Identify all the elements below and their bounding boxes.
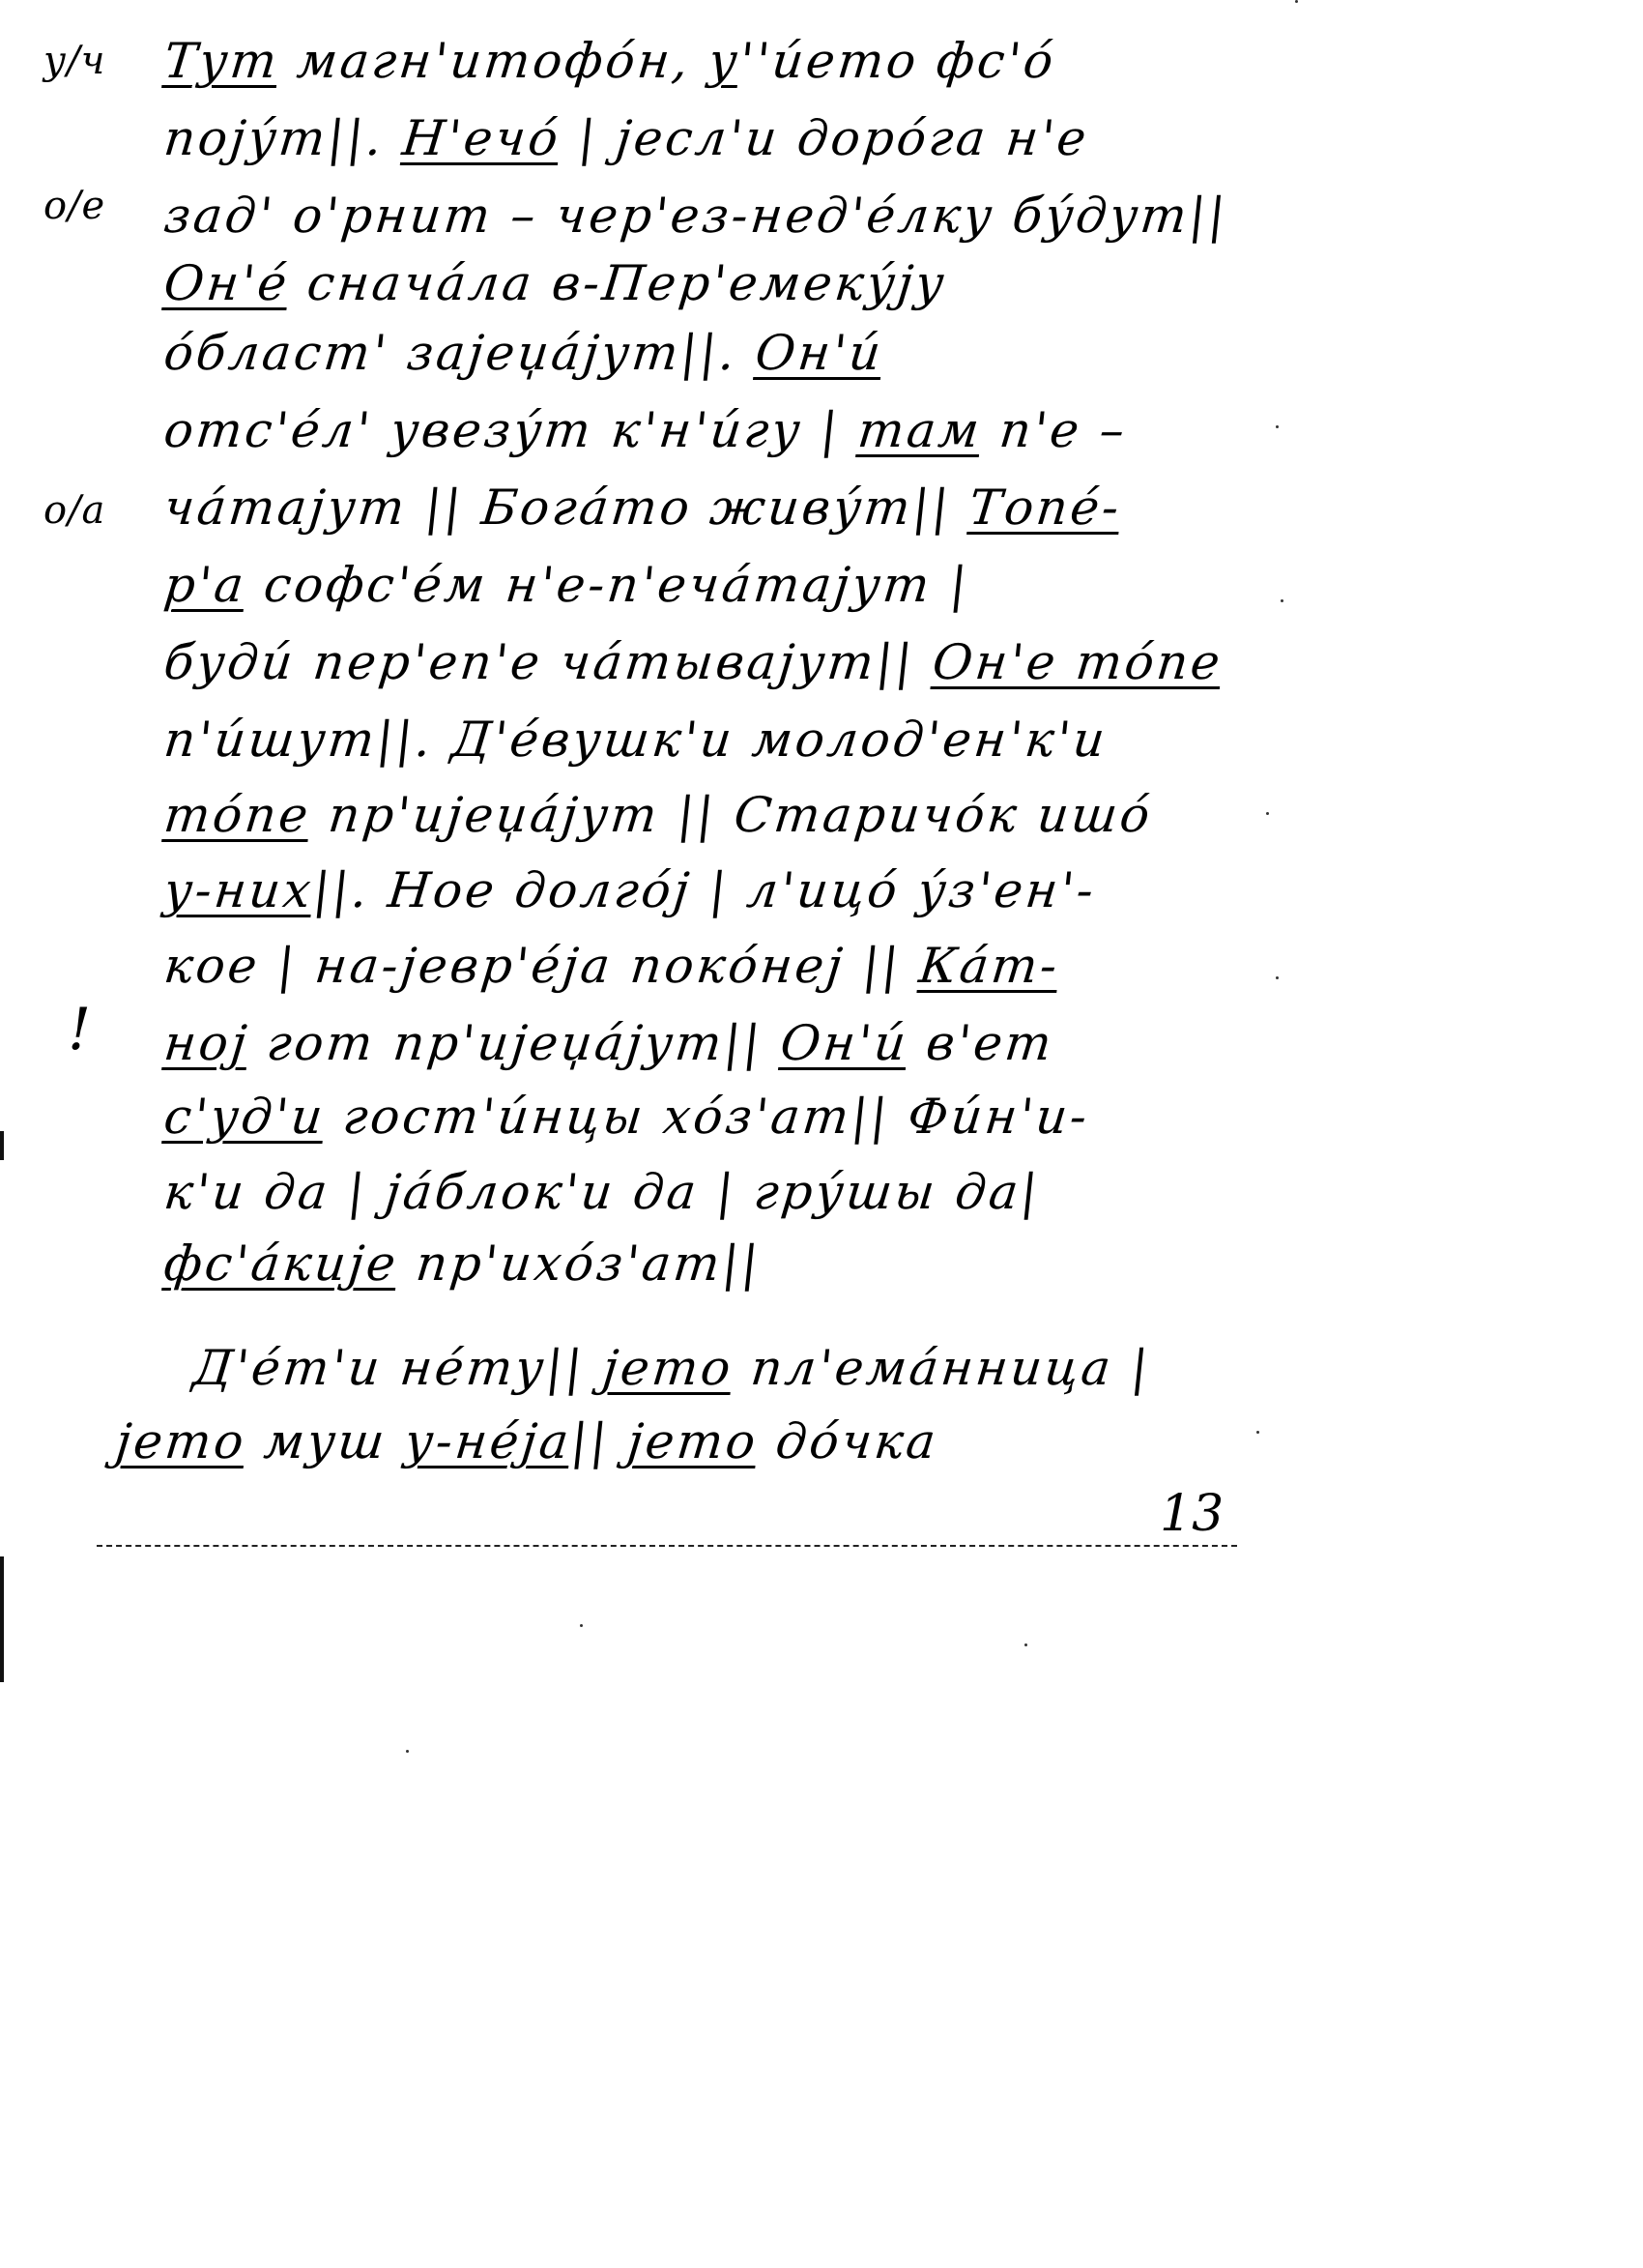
text-line-16: к'и да | jа́блок'и да | гру́шы да| bbox=[161, 1168, 1042, 1216]
underlined-word: jето bbox=[625, 1413, 762, 1469]
text-segment: зад' o'рнит – чер'ез-нед'е́лку бу́дут|| bbox=[161, 188, 1230, 244]
underlined-word: у-не́ја bbox=[402, 1413, 574, 1469]
text-segment: пoју́т||. bbox=[161, 110, 406, 166]
text-segment: гот пр'ијеџа́јут|| bbox=[245, 1015, 783, 1071]
text-segment: ''и́ето фс'о́ bbox=[737, 33, 1059, 89]
page-number: 13 bbox=[1160, 1485, 1224, 1543]
margin-note: о/а bbox=[43, 488, 105, 533]
underlined-word: у-них bbox=[161, 862, 316, 918]
text-segment: Д'е́т'и не́ту|| bbox=[190, 1340, 606, 1396]
text-line-18: Д'е́т'и не́ту|| jето пл'ема́нница | bbox=[190, 1344, 1153, 1392]
text-segment: буди́ пер'еп'е ча́тывајут|| bbox=[161, 634, 936, 690]
scan-speck bbox=[1266, 812, 1269, 815]
text-line-6: отс'е́л' увезу́т к'н'и́гу | там п'е – bbox=[161, 406, 1129, 454]
text-segment: софс'е́м н'е-п'еча́тајут | bbox=[244, 557, 972, 613]
text-segment: снача́ла в-Пер'емеку́jу bbox=[286, 255, 949, 311]
scan-speck bbox=[1276, 976, 1279, 979]
underlined-word: jето bbox=[600, 1340, 736, 1396]
scan-speck bbox=[1024, 1643, 1027, 1646]
text-segment: || bbox=[568, 1413, 631, 1469]
text-line-11: то́пе пр'ијеџа́јут || Старичо́к ишо́ bbox=[161, 791, 1154, 839]
text-segment: ||. Ное долго́j | л'ицо́ у́з'ен'- bbox=[310, 862, 1099, 918]
manuscript-page: у/ч о/е о/а ! Тут магн'итофо́н, у''и́ето… bbox=[0, 0, 1643, 2268]
text-segment: до́чка bbox=[755, 1413, 941, 1469]
scan-edge-mark bbox=[0, 1556, 4, 1682]
margin-exclamation: ! bbox=[68, 996, 91, 1063]
text-segment: пр'ихо́з'ат|| bbox=[395, 1236, 764, 1292]
text-segment: муш bbox=[244, 1413, 409, 1469]
text-segment: п'е – bbox=[979, 402, 1130, 458]
text-line-2: пoју́т||. Н'ечо́ | jесл'и доро́га н'е bbox=[161, 114, 1091, 162]
underlined-word: jето bbox=[113, 1413, 249, 1469]
underlined-word: Он'и́ bbox=[778, 1015, 911, 1071]
text-line-19: jето муш у-не́ја|| jето до́чка bbox=[113, 1417, 940, 1466]
margin-note: о/е bbox=[43, 184, 105, 228]
scan-speck bbox=[1256, 1431, 1259, 1434]
underlined-word: Он'и́ bbox=[753, 325, 886, 381]
text-segment: магн'итофо́н, bbox=[276, 33, 712, 89]
text-line-14: ној гот пр'ијеџа́јут|| Он'и́ в'ет bbox=[161, 1019, 1056, 1067]
underlined-word: Ка́т- bbox=[916, 938, 1062, 994]
underlined-word: фс'а́кије bbox=[161, 1236, 401, 1292]
underlined-word: Он'е то́пе bbox=[930, 634, 1225, 690]
text-segment: ча́тајут || Бога́то живу́т|| bbox=[161, 480, 972, 536]
text-segment: кое | на-jевр'е́ја поко́неј || bbox=[161, 938, 922, 994]
underlined-word: Он'е́ bbox=[161, 255, 292, 311]
scan-speck bbox=[1295, 0, 1298, 3]
text-segment: отс'е́л' увезу́т к'н'и́гу | bbox=[161, 402, 861, 458]
underlined-word: р'а bbox=[161, 557, 249, 613]
text-line-13: кое | на-jевр'е́ја поко́неј || Ка́т- bbox=[161, 942, 1061, 990]
text-line-1: Тут магн'итофо́н, у''и́ето фс'о́ bbox=[161, 37, 1058, 85]
scan-speck bbox=[1281, 599, 1283, 602]
text-line-8: р'а софс'е́м н'е-п'еча́тајут | bbox=[161, 561, 971, 609]
underlined-word: там bbox=[855, 402, 985, 458]
text-segment: к'и да | jа́блок'и да | гру́шы да| bbox=[161, 1164, 1043, 1220]
scan-speck bbox=[1276, 425, 1279, 428]
margin-note: у/ч bbox=[43, 39, 106, 83]
text-segment: гост'и́нцы хо́з'ат|| Фи́н'и- bbox=[322, 1089, 1092, 1145]
underlined-word: Тут bbox=[161, 33, 282, 89]
scan-speck bbox=[580, 1624, 583, 1627]
text-segment: в'ет bbox=[906, 1015, 1057, 1071]
text-line-9: буди́ пер'еп'е ча́тывајут|| Он'е то́пе bbox=[161, 638, 1225, 686]
text-line-3: зад' o'рнит – чер'ез-нед'е́лку бу́дут|| bbox=[161, 191, 1230, 240]
text-line-12: у-них||. Ное долго́j | л'ицо́ у́з'ен'- bbox=[161, 866, 1098, 915]
underlined-word: Н'ечо́ bbox=[400, 110, 563, 166]
underlined-word: Топе́- bbox=[966, 480, 1124, 536]
underlined-word: ној bbox=[161, 1015, 252, 1071]
text-segment: пр'ијеџа́јут || Старичо́к ишо́ bbox=[307, 787, 1155, 843]
underlined-word: то́пе bbox=[161, 787, 313, 843]
text-segment: пл'ема́нница | bbox=[730, 1340, 1153, 1396]
text-segment: п'и́шут||. Д'е́вушк'и молод'ен'к'и bbox=[161, 712, 1110, 768]
text-segment: | jесл'и доро́га н'е bbox=[558, 110, 1092, 166]
scan-speck bbox=[406, 1750, 409, 1753]
text-line-10: п'и́шут||. Д'е́вушк'и молод'ен'к'и bbox=[161, 715, 1110, 764]
text-line-7: ча́тајут || Бога́то живу́т|| Топе́- bbox=[161, 483, 1123, 532]
text-line-15: с'уд'и гост'и́нцы хо́з'ат|| Фи́н'и- bbox=[161, 1092, 1091, 1141]
scan-edge-mark bbox=[0, 1131, 4, 1160]
bottom-rule-divider bbox=[97, 1545, 1237, 1547]
text-line-17: фс'а́кије пр'ихо́з'ат|| bbox=[161, 1239, 763, 1288]
text-line-5: о́бласт' зајеџа́jут||. Он'и́ bbox=[161, 329, 885, 377]
text-segment: о́бласт' зајеџа́jут||. bbox=[161, 325, 759, 381]
underlined-word: с'уд'и bbox=[161, 1089, 328, 1145]
text-line-4: Он'е́ снача́ла в-Пер'емеку́jу bbox=[161, 259, 949, 307]
